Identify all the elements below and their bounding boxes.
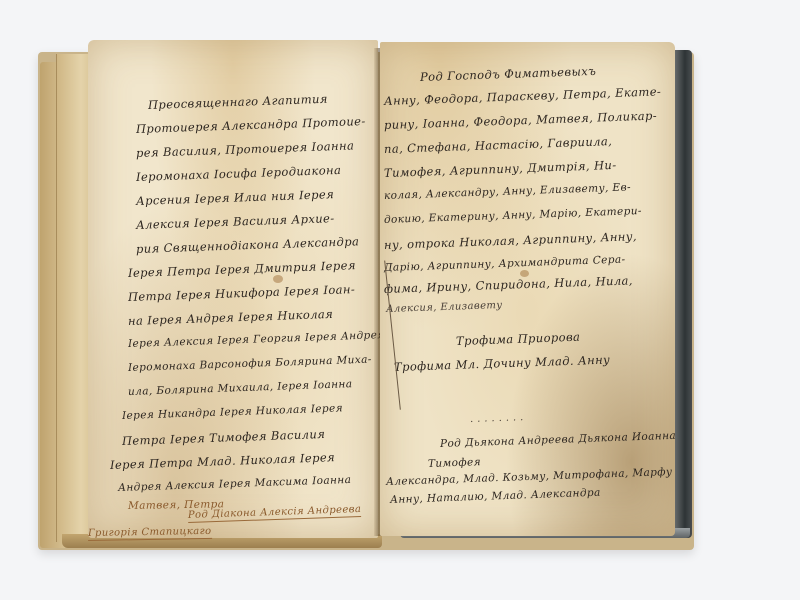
manuscript-line: Іерея Никандра Іерея Николая Іерея	[122, 402, 343, 422]
section-heading: Трофима Приорова	[456, 330, 581, 348]
manuscript-line: на Іерея Андрея Іерея Николая	[128, 307, 334, 328]
left-page: Преосвященнаго Агапития Протоиерея Алекс…	[88, 40, 378, 538]
manuscript-line: Анну, Наталию, Млад. Александра	[390, 487, 601, 506]
manuscript-line: па, Стефана, Настасію, Гавриила,	[384, 134, 613, 156]
family-subheading-brown: Григорія Стапицкаго	[88, 526, 212, 541]
manuscript-line: докию, Екатерину, Анну, Марію, Екатери-	[384, 205, 642, 226]
manuscript-line: Дарію, Агриппину, Архимандрита Сера-	[384, 254, 626, 274]
manuscript-line: Петра Іерея Никифора Іерея Іоан-	[128, 282, 356, 304]
photo-scene: Преосвященнаго Агапития Протоиерея Алекс…	[0, 0, 800, 600]
manuscript-line: Протоиерея Александра Протоие-	[136, 114, 366, 136]
section-heading: Род Господъ Фиматьевыхъ	[420, 64, 597, 84]
manuscript-line: Іеромонаха Варсонофия Болярина Миха-	[128, 353, 372, 374]
manuscript-line: Преосвященнаго Агапития	[148, 92, 328, 112]
manuscript-line: Трофима Мл. Дочину Млад. Анну	[394, 352, 611, 374]
manuscript-line: рея Василия, Протоиерея Іоанна	[136, 138, 355, 160]
manuscript-line: Андрея Алексия Іерея Максима Іоанна	[118, 474, 352, 494]
separator-dots: . . . . . . . .	[470, 412, 524, 425]
manuscript-line: Тимофея, Агриппину, Дмитрія, Ни-	[384, 158, 617, 180]
right-cover-edge	[674, 50, 692, 538]
family-names-brown: Матвея, Петра	[128, 498, 225, 512]
manuscript-line: колая, Александру, Анну, Елизавету, Ев-	[384, 181, 631, 202]
manuscript-line: ну, отрока Николая, Агриппину, Анну,	[384, 229, 637, 252]
manuscript-line: Арсения Іерея Илиа ния Іерея	[136, 187, 335, 208]
manuscript-line: Алексия, Елизавету	[386, 300, 503, 315]
manuscript-line: Іерея Алексия Іерея Георгия Іерея Андрея	[128, 329, 385, 350]
manuscript-line: Тимофея	[428, 456, 481, 470]
manuscript-line: рия Священнодіакона Александра	[136, 234, 360, 256]
manuscript-line: Алексия Іерея Василия Архие-	[136, 211, 335, 232]
manuscript-line: Іерея Петра Іерея Дмитрия Іерея	[128, 258, 356, 280]
manuscript-line: фима, Ирину, Спиридона, Нила, Нила,	[384, 273, 633, 296]
manuscript-line: Анну, Феодора, Параскеву, Петра, Екате-	[384, 84, 662, 108]
section-heading: Род Дьякона Андреева Дьякона Иоанна	[440, 430, 676, 450]
manuscript-line: Петра Іерея Тимофея Василия	[122, 427, 326, 448]
manuscript-line: Іеромонаха Іосифа Іеродиакона	[136, 163, 342, 184]
ink-stain	[520, 270, 529, 277]
right-page: Род Господъ Фиматьевыхъ Анну, Феодора, П…	[380, 42, 675, 536]
manuscript-line: Іерея Петра Млад. Николая Іерея	[110, 450, 336, 472]
manuscript-line: ила, Болярина Михаила, Іерея Іоанна	[128, 378, 353, 398]
manuscript-line: рину, Іоанна, Феодора, Матвея, Поликар-	[384, 108, 658, 132]
ink-stain	[273, 275, 283, 283]
